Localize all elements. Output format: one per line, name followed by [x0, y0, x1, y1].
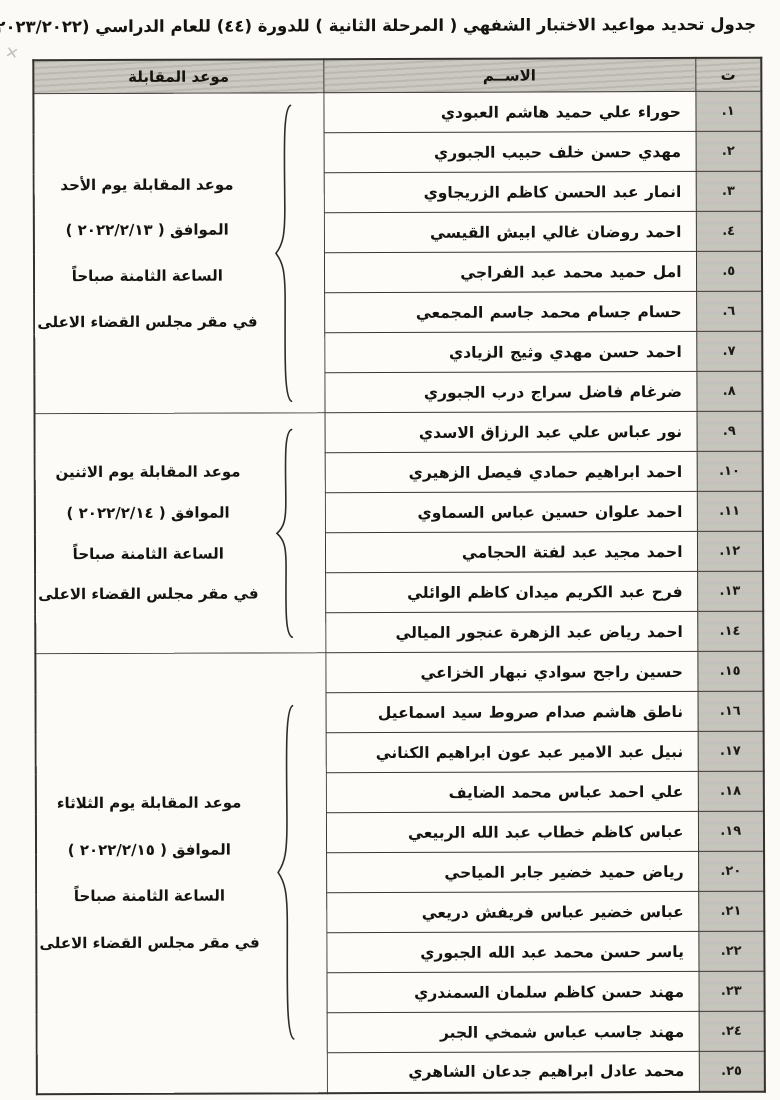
name-cell: رياض حميد خضير جابر المياحي	[326, 851, 698, 892]
header-row: ت الاســم موعد المقابلة	[33, 58, 761, 94]
appointment-day: موعد المقابلة يوم الأحد	[60, 175, 233, 194]
appointment-time: الساعة الثامنة صباحاً	[72, 267, 223, 286]
appointment-location: في مقر مجلس القضاء الاعلى	[38, 585, 258, 605]
table-row: ٩. نور عباس علي عبد الرزاق الاسدي موعد ا…	[35, 411, 763, 454]
row-number-cell: ١٥.	[697, 651, 763, 691]
row-number-cell: ١٩.	[698, 811, 764, 851]
row-number-cell: ٢٠.	[698, 851, 764, 891]
name-cell: فرح عبد الكريم ميدان كاظم الوائلي	[325, 571, 697, 612]
brace-icon	[270, 427, 297, 639]
name-cell: حسين راجح سوادي نبهار الخزاعي	[325, 651, 697, 692]
brace-icon	[271, 703, 298, 1043]
name-cell: انمار عبد الحسن كاظم الزريجاوي	[324, 171, 696, 212]
name-cell: ناطق هاشم صدام صروط سيد اسماعيل	[325, 691, 697, 732]
name-cell: عباس خضير عباس فريفش دريعي	[326, 891, 698, 932]
name-cell: علي احمد عباس محمد الضايف	[326, 771, 698, 812]
name-cell: مهند حسن كاظم سلمان السمندري	[326, 971, 698, 1012]
row-number-cell: ١٧.	[698, 731, 764, 771]
name-cell: احمد حسن مهدي وثيج الزيادي	[324, 331, 696, 372]
row-number-cell: ٢٤.	[699, 1011, 765, 1051]
row-number-cell: ٩.	[697, 411, 763, 451]
row-number-cell: ٣.	[696, 171, 762, 211]
appointment-cell: موعد المقابلة يوم الثلاثاء الموافق ( ٢٠٢…	[35, 653, 327, 1094]
row-number-cell: ٧.	[696, 331, 762, 371]
name-cell: مهدي حسن خلف حبيب الجبوري	[324, 131, 696, 172]
name-cell: امل حميد محمد عبد الفراجي	[324, 251, 696, 292]
appointment-day: موعد المقابلة يوم الاثنين	[55, 463, 240, 482]
name-cell: ضرغام فاضل سراج درب الجبوري	[324, 371, 696, 412]
name-cell: احمد روضان غالي ابيش القيسي	[324, 211, 696, 252]
row-number-cell: ١.	[695, 91, 761, 131]
row-number-cell: ٢٢.	[698, 931, 764, 971]
appointment-date: الموافق ( ٢٠٢٢/٢/١٥ )	[68, 840, 231, 859]
name-cell: احمد مجيد عبد لفتة الحجامي	[325, 531, 697, 572]
header-appointment: موعد المقابلة	[33, 59, 323, 94]
row-number-cell: ١٠.	[697, 451, 763, 491]
table-row: ١. حوراء علي حميد هاشم العبودي موعد المق…	[33, 91, 761, 134]
row-number-cell: ١١.	[697, 491, 763, 531]
row-number-cell: ٢.	[696, 131, 762, 171]
brace-icon	[269, 102, 296, 404]
row-number-cell: ٥.	[696, 251, 762, 291]
name-cell: نور عباس علي عبد الرزاق الاسدي	[325, 411, 697, 452]
row-number-cell: ١٦.	[697, 691, 763, 731]
appointment-day: موعد المقابلة يوم الثلاثاء	[57, 793, 242, 812]
name-cell: عباس كاظم خطاب عبد الله الربيعي	[326, 811, 698, 852]
appointment-time: الساعة الثامنة صباحاً	[74, 887, 225, 906]
row-number-cell: ١٣.	[697, 571, 763, 611]
row-number-cell: ١٨.	[698, 771, 764, 811]
name-cell: حسام جسام محمد جاسم المجمعي	[324, 291, 696, 332]
name-cell: ياسر حسن محمد عبد الله الجبوري	[326, 931, 698, 972]
row-number-cell: ٢٥.	[699, 1051, 765, 1091]
row-number-cell: ٤.	[696, 211, 762, 251]
header-name: الاســم	[323, 58, 695, 93]
page-title: جدول تحديد مواعيد الاختبار الشفهي ( المر…	[20, 15, 756, 37]
name-cell: محمد عادل ابراهيم جدعان الشاهري	[327, 1051, 699, 1092]
appointment-date: الموافق ( ٢٠٢٢/٢/١٤ )	[67, 503, 230, 522]
row-number-cell: ٦.	[696, 291, 762, 331]
row-number-cell: ٨.	[696, 371, 762, 411]
row-number-cell: ٢٣.	[698, 971, 764, 1011]
name-cell: احمد رياض عبد الزهرة عنجور الميالي	[325, 611, 697, 652]
row-number-cell: ١٤.	[697, 611, 763, 651]
row-number-cell: ١٢.	[697, 531, 763, 571]
appointment-location: في مقر مجلس القضاء الاعلى	[37, 312, 257, 332]
table-row: ١٥. حسين راجح سوادي نبهار الخزاعي موعد ا…	[35, 651, 763, 694]
name-cell: احمد ابراهيم حمادي فيصل الزهيري	[325, 451, 697, 492]
name-cell: احمد علوان حسين عباس السماوي	[325, 491, 697, 532]
appointment-cell: موعد المقابلة يوم الاثنين الموافق ( ٢٠٢٢…	[35, 413, 326, 654]
row-number-cell: ٢١.	[698, 891, 764, 931]
appointment-time: الساعة الثامنة صباحاً	[73, 544, 224, 563]
schedule-table: ت الاســم موعد المقابلة ١. حوراء علي حمي…	[32, 57, 766, 1095]
appointment-cell: موعد المقابلة يوم الأحد الموافق ( ٢٠٢٢/٢…	[33, 93, 324, 414]
document-page: ✕ جدول تحديد مواعيد الاختبار الشفهي ( ال…	[0, 0, 780, 1100]
name-cell: حوراء علي حميد هاشم العبودي	[323, 91, 695, 132]
scan-artifact-mark: ✕	[3, 42, 20, 63]
appointment-date: الموافق ( ٢٠٢٢/٢/١٣ )	[66, 221, 229, 240]
header-index: ت	[695, 58, 761, 92]
appointment-location: في مقر مجلس القضاء الاعلى	[39, 933, 259, 953]
name-cell: نبيل عبد الامير عبد عون ابراهيم الكناني	[326, 731, 698, 772]
name-cell: مهند جاسب عباس شمخي الجبر	[327, 1011, 699, 1052]
